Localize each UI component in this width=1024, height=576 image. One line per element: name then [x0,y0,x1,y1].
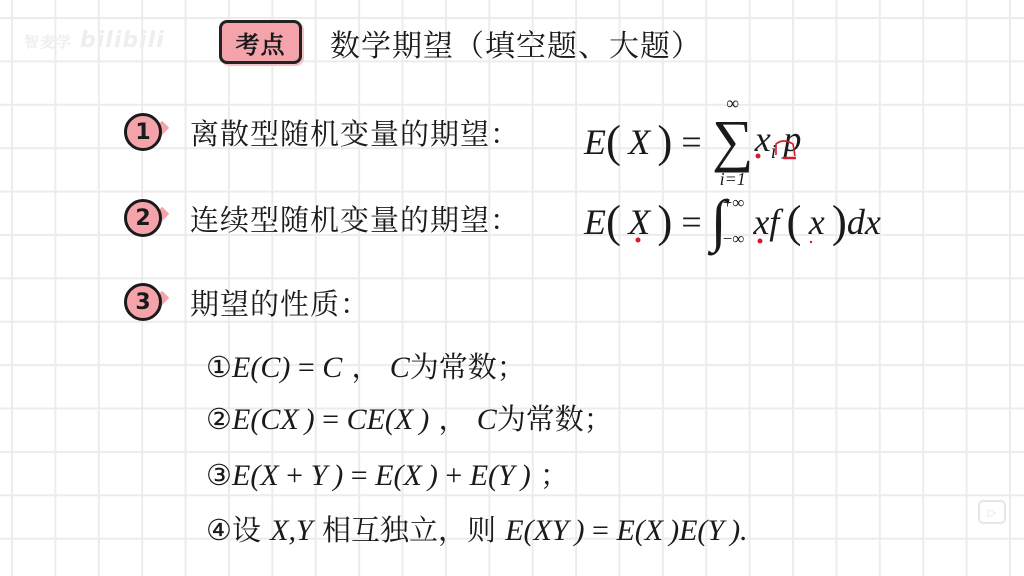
page-title: 数学期望（填空题、大题） [330,21,702,65]
topic-badge: 考点 [219,20,302,64]
property-2: ②E(CX ) = CE(X ) ， C为常数； [206,397,613,438]
section-number-3: 3 [124,283,162,321]
property-1: ①E(C) = C ， C为常数； [206,345,526,386]
section-heading-continuous: 连续型随机变量的期望： [190,198,520,239]
bilibili-logo: bilibili [80,28,165,53]
summation-icon: ∞ ∑ i=1 [711,94,755,188]
section-heading-properties: 期望的性质： [190,282,370,323]
section-number-2: 2 [124,199,162,237]
section-heading-discrete: 离散型随机变量的期望： [190,112,520,153]
property-3: ③E(X + Y ) = E(X ) + E(Y ) ； [206,453,569,494]
pen-annotation-dots [630,232,830,248]
pen-annotation-marks [750,140,810,165]
watermark-text: 智麦学 [24,33,72,51]
property-4: ④设 X,Y 相互独立，则 E(XY ) = E(X )E(Y ). [206,508,748,549]
section-number-1: 1 [124,113,162,151]
play-icon[interactable]: ▷ [978,500,1006,524]
watermark: 智麦学bilibili [24,28,165,53]
